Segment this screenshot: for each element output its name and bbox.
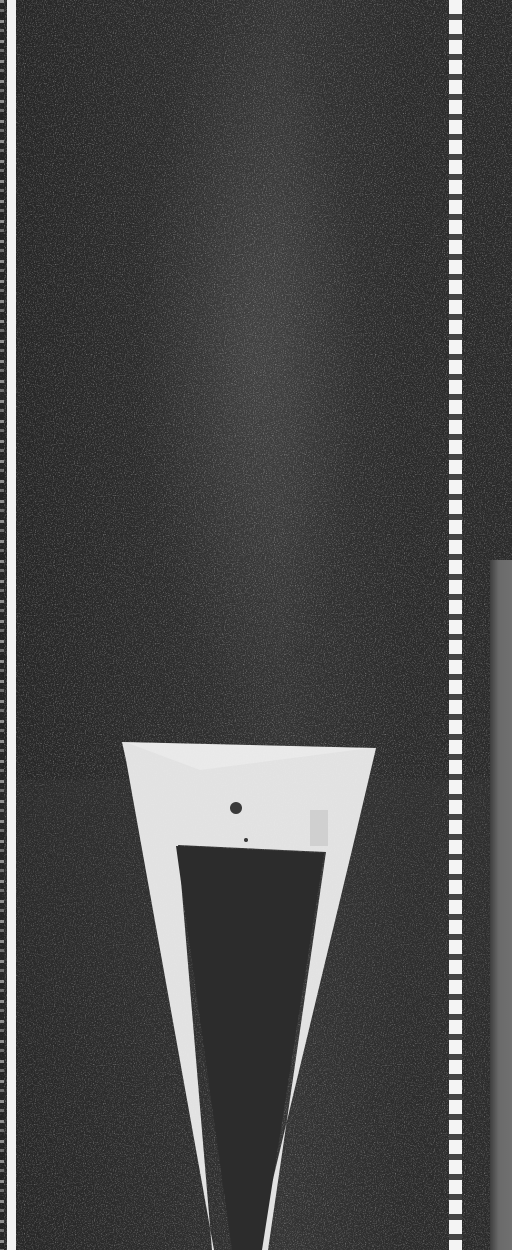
painted-triangle-marking (0, 0, 512, 1250)
road-aerial-image (0, 0, 512, 1250)
